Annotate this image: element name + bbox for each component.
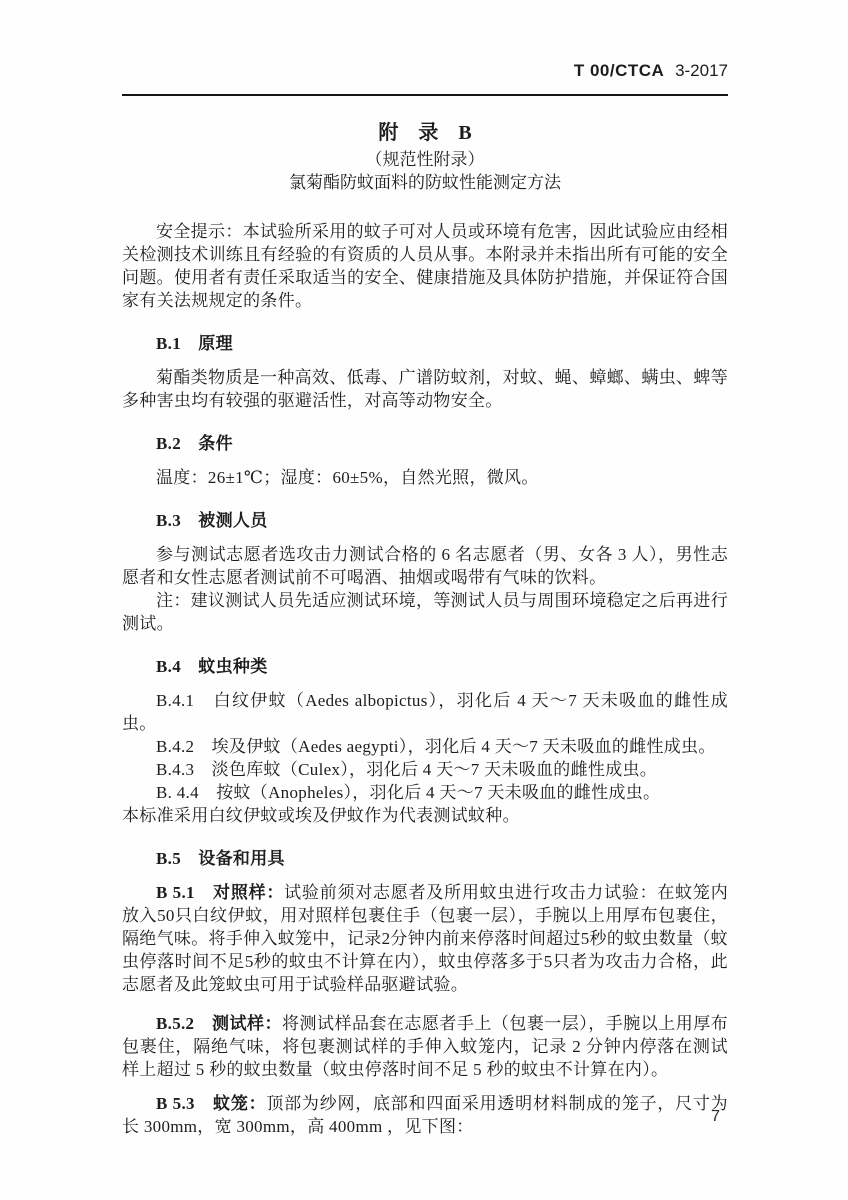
- appendix-type: （规范性附录）: [122, 148, 728, 171]
- page-number: 7: [711, 1108, 720, 1126]
- section-b4-item-1: B.4.1 白纹伊蚊（Aedes albopictus），羽化后 4 天～7 天…: [122, 689, 728, 735]
- section-b4-note: 本标准采用白纹伊蚊或埃及伊蚊作为代表测试蚊种。: [122, 804, 728, 827]
- standard-code: T 00/CTCA: [574, 61, 664, 80]
- appendix-title: 附 录 B: [122, 120, 728, 146]
- section-b53-paragraph: B 5.3 蚊笼：顶部为纱网，底部和四面采用透明材料制成的笼子，尺寸为长 300…: [122, 1092, 728, 1138]
- document-page: T 00/CTCA 3-2017 附 录 B （规范性附录） 氯菊酯防蚊面料的防…: [0, 0, 848, 1200]
- section-b5-heading: B.5 设备和用具: [122, 847, 728, 870]
- standard-edition: 3-2017: [675, 61, 728, 80]
- page-header: T 00/CTCA 3-2017: [122, 0, 728, 82]
- appendix-subject: 氯菊酯防蚊面料的防蚊性能测定方法: [122, 171, 728, 194]
- section-b51-label: B 5.1 对照样：: [156, 883, 284, 902]
- section-b3-heading: B.3 被测人员: [122, 509, 728, 532]
- section-b2-paragraph: 温度：26±1℃；湿度：60±5%，自然光照，微风。: [122, 466, 728, 489]
- section-b4-heading: B.4 蚊虫种类: [122, 655, 728, 678]
- section-b1-heading: B.1 原理: [122, 332, 728, 355]
- header-rule: [122, 94, 728, 96]
- safety-notice-paragraph: 安全提示：本试验所采用的蚊子可对人员或环境有危害，因此试验应由经相关检测技术训练…: [122, 220, 728, 312]
- page-content: T 00/CTCA 3-2017 附 录 B （规范性附录） 氯菊酯防蚊面料的防…: [122, 0, 728, 1138]
- section-b52-paragraph: B.5.2 测试样：将测试样品套在志愿者手上（包裹一层），手腕以上用厚布包裹住，…: [122, 1012, 728, 1081]
- section-b51-paragraph: B 5.1 对照样：试验前须对志愿者及所用蚊虫进行攻击力试验：在蚊笼内放入50只…: [122, 881, 728, 996]
- section-b3-paragraph: 参与测试志愿者选攻击力测试合格的 6 名志愿者（男、女各 3 人），男性志愿者和…: [122, 543, 728, 589]
- section-b4-item-3: B.4.3 淡色库蚊（Culex），羽化后 4 天～7 天未吸血的雌性成虫。: [122, 758, 728, 781]
- section-b4-item-2: B.4.2 埃及伊蚊（Aedes aegypti），羽化后 4 天～7 天未吸血…: [122, 735, 728, 758]
- section-b52-label: B.5.2 测试样：: [156, 1014, 282, 1033]
- section-b3-note: 注：建议测试人员先适应测试环境，等测试人员与周围环境稳定之后再进行测试。: [122, 589, 728, 635]
- section-b2-heading: B.2 条件: [122, 432, 728, 455]
- section-b4-item-4: B. 4.4 按蚊（Anopheles），羽化后 4 天～7 天未吸血的雌性成虫…: [122, 781, 728, 804]
- section-b53-label: B 5.3 蚊笼：: [156, 1094, 266, 1113]
- section-b1-paragraph: 菊酯类物质是一种高效、低毒、广谱防蚊剂，对蚊、蝇、蟑螂、螨虫、蜱等多种害虫均有较…: [122, 366, 728, 412]
